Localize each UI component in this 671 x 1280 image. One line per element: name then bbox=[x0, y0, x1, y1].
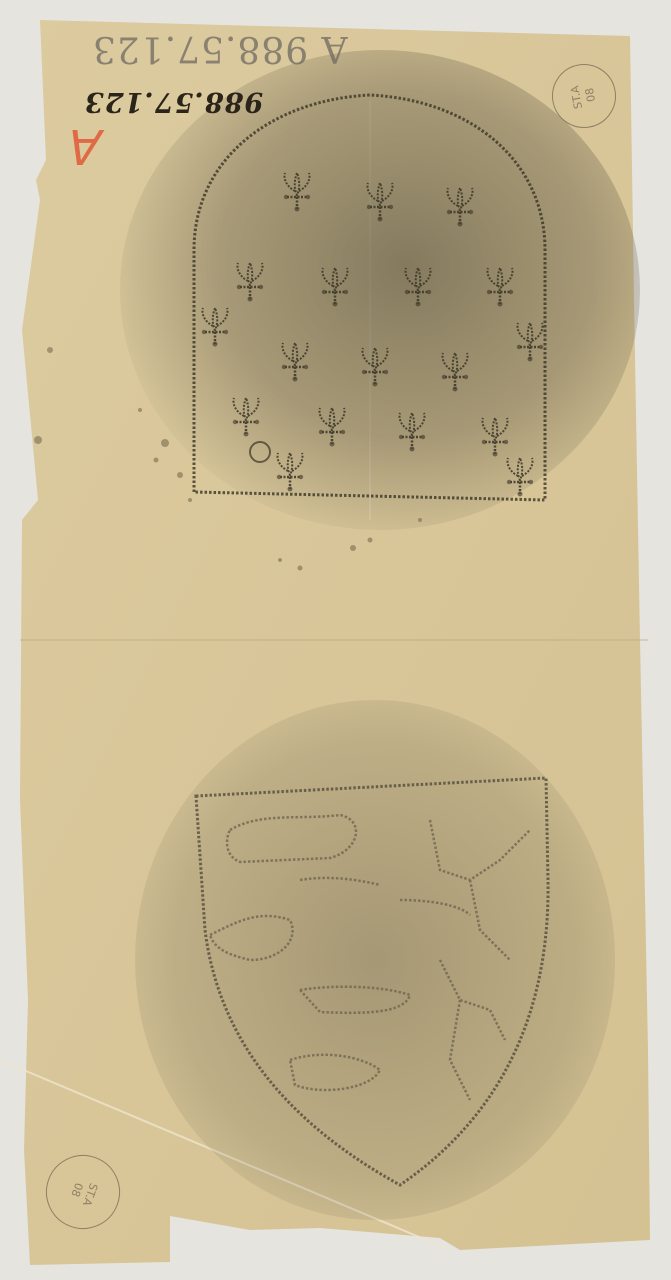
artifact-photo: A 988.57.123 988.57.123 A ST.A08 ST.A08 bbox=[0, 0, 671, 1280]
paper-sheet bbox=[0, 0, 671, 1280]
soot-stain-upper bbox=[120, 50, 640, 530]
ink-accession-number: 988.57.123 bbox=[84, 86, 263, 117]
pencil-accession-number: A 988.57.123 bbox=[92, 28, 348, 69]
